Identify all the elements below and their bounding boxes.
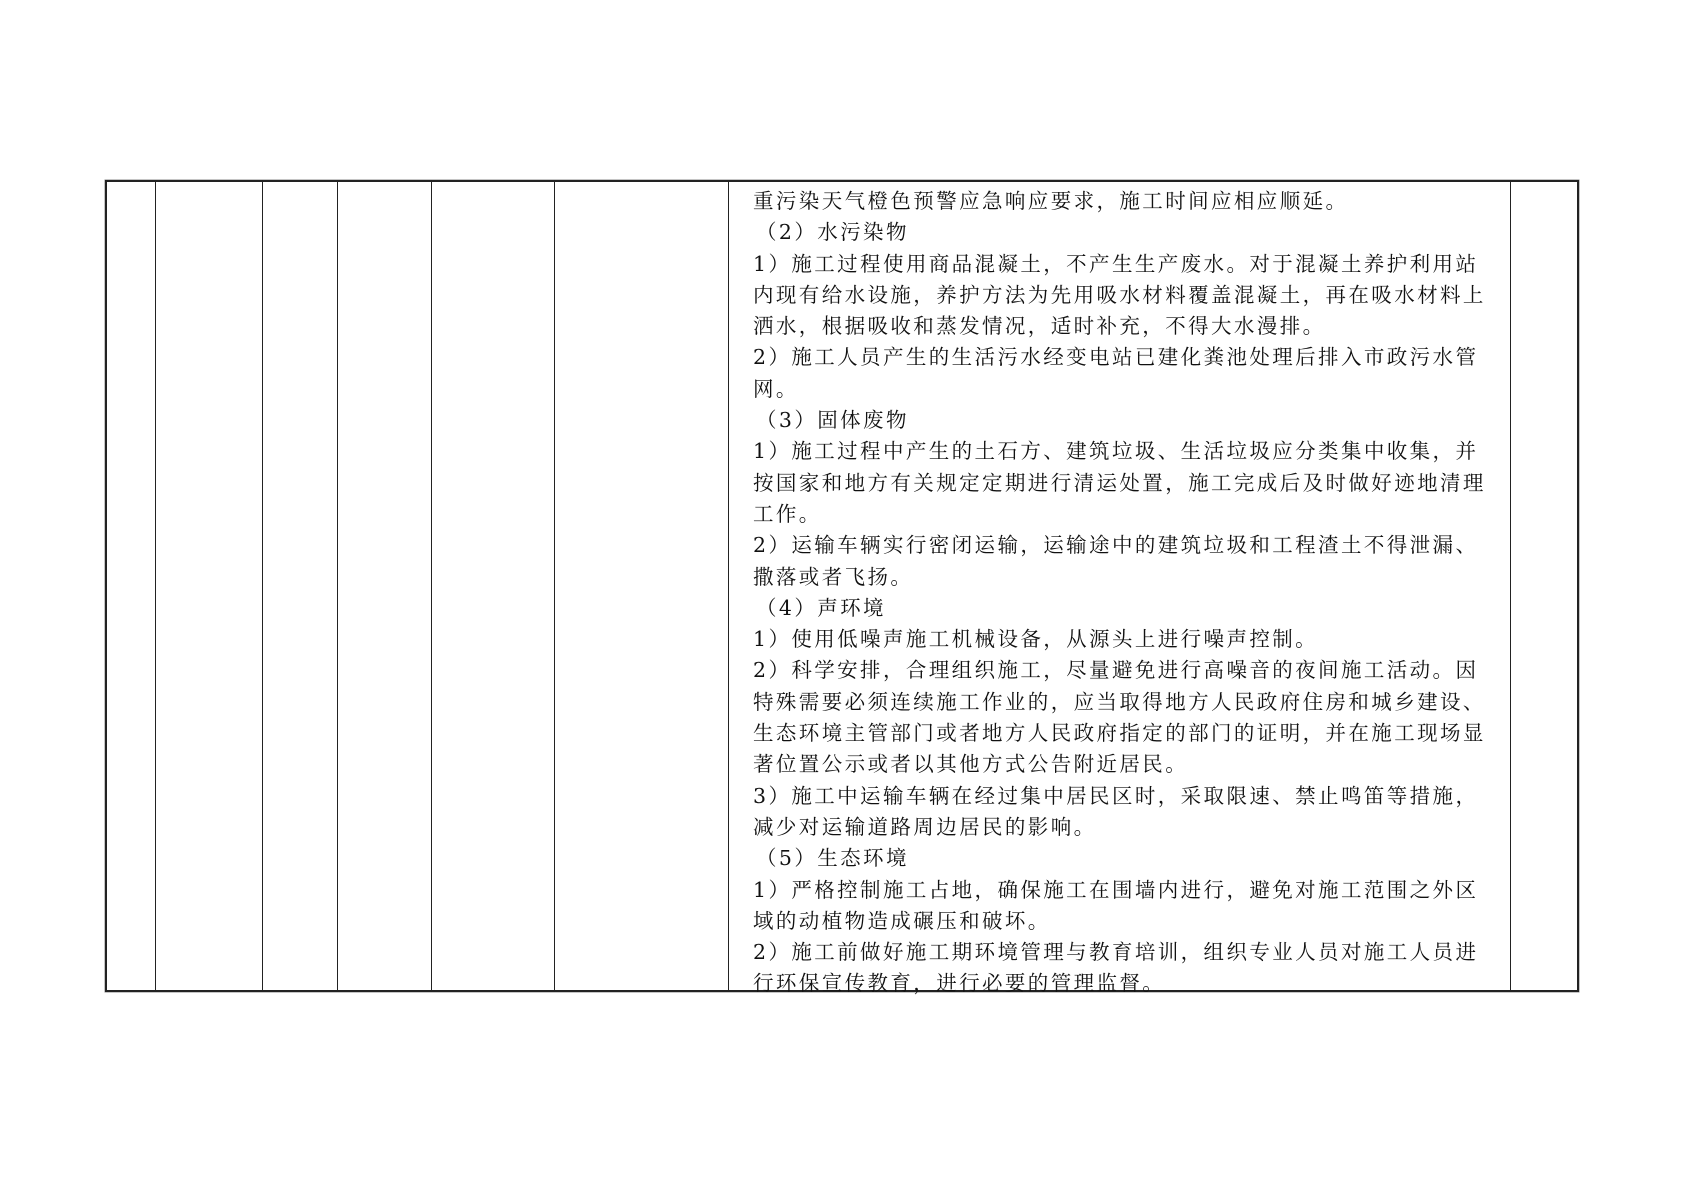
text-line: 生态环境主管部门或者地方人民政府指定的部门的证明，并在施工现场显 bbox=[744, 718, 1518, 749]
text-line: 按国家和地方有关规定定期进行清运处置，施工完成后及时做好迹地清理 bbox=[744, 468, 1518, 499]
column-divider bbox=[262, 182, 263, 990]
text-line: 1）施工过程使用商品混凝土，不产生生产废水。对于混凝土养护利用站 bbox=[744, 249, 1518, 280]
text-line: 网。 bbox=[744, 374, 1518, 405]
text-line: 特殊需要必须连续施工作业的，应当取得地方人民政府住房和城乡建设、 bbox=[744, 687, 1518, 718]
text-line: 1）施工过程中产生的土石方、建筑垃圾、生活垃圾应分类集中收集，并 bbox=[744, 436, 1518, 467]
text-line: 域的动植物造成碾压和破坏。 bbox=[744, 906, 1518, 937]
column-divider bbox=[155, 182, 156, 990]
column-divider bbox=[554, 182, 555, 990]
section-heading-solid-waste: （3）固体废物 bbox=[744, 405, 1518, 436]
text-line: 减少对运输道路周边居民的影响。 bbox=[744, 812, 1518, 843]
text-line: 工作。 bbox=[744, 499, 1518, 530]
section-heading-water: （2）水污染物 bbox=[744, 217, 1518, 248]
column-divider bbox=[431, 182, 432, 990]
text-line: 2）施工人员产生的生活污水经变电站已建化粪池处理后排入市政污水管 bbox=[744, 342, 1518, 373]
text-line: 撒落或者飞扬。 bbox=[744, 562, 1518, 593]
text-line: 重污染天气橙色预警应急响应要求，施工时间应相应顺延。 bbox=[744, 186, 1518, 217]
text-line: 内现有给水设施，养护方法为先用吸水材料覆盖混凝土，再在吸水材料上 bbox=[744, 280, 1518, 311]
text-line: 著位置公示或者以其他方式公告附近居民。 bbox=[744, 749, 1518, 780]
text-line: 2）施工前做好施工期环境管理与教育培训，组织专业人员对施工人员进 bbox=[744, 937, 1518, 968]
column-divider bbox=[337, 182, 338, 990]
text-line: 行环保宣传教育，进行必要的管理监督。 bbox=[744, 968, 1518, 999]
text-line: 2）科学安排，合理组织施工，尽量避免进行高噪音的夜间施工活动。因 bbox=[744, 655, 1518, 686]
text-line: 1）使用低噪声施工机械设备，从源头上进行噪声控制。 bbox=[744, 624, 1518, 655]
measures-content-cell: 重污染天气橙色预警应急响应要求，施工时间应相应顺延。 （2）水污染物 1）施工过… bbox=[744, 182, 1518, 1000]
column-divider bbox=[728, 182, 729, 990]
section-heading-noise: （4）声环境 bbox=[744, 593, 1518, 624]
text-line: 2）运输车辆实行密闭运输，运输途中的建筑垃圾和工程渣土不得泄漏、 bbox=[744, 530, 1518, 561]
text-line: 3）施工中运输车辆在经过集中居民区时，采取限速、禁止鸣笛等措施， bbox=[744, 781, 1518, 812]
section-heading-ecology: （5）生态环境 bbox=[744, 843, 1518, 874]
text-line: 1）严格控制施工占地，确保施工在围墙内进行，避免对施工范围之外区 bbox=[744, 875, 1518, 906]
measures-table: 重污染天气橙色预警应急响应要求，施工时间应相应顺延。 （2）水污染物 1）施工过… bbox=[105, 180, 1579, 992]
text-line: 洒水，根据吸收和蒸发情况，适时补充，不得大水漫排。 bbox=[744, 311, 1518, 342]
